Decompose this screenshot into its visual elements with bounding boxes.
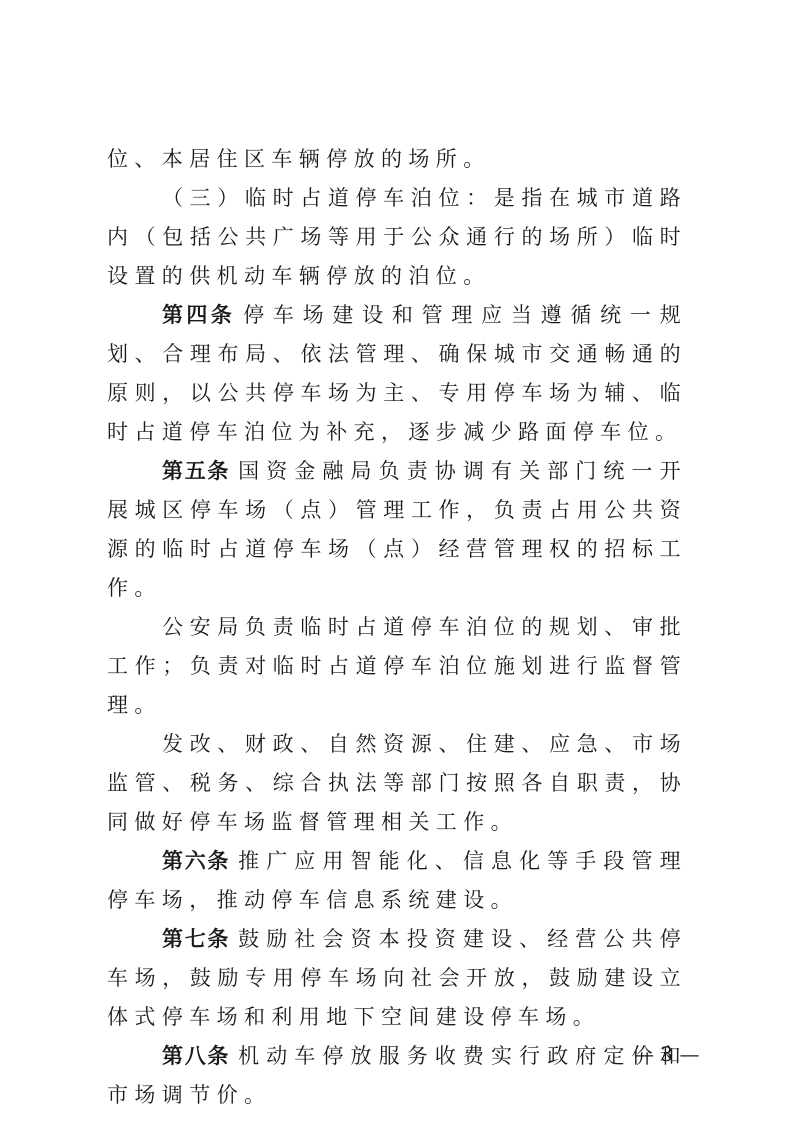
article-heading: 第七条 (162, 927, 230, 951)
paragraph-article-6: 第六条推广应用智能化、信息化等手段管理停车场，推动停车信息系统建设。 (107, 842, 687, 920)
article-heading: 第五条 (162, 459, 230, 483)
paragraph-article-4: 第四条停车场建设和管理应当遵循统一规划、合理布局、依法管理、确保城市交通畅通的原… (107, 296, 687, 452)
paragraph-public-security: 公安局负责临时占道停车泊位的规划、审批工作；负责对临时占道停车泊位施划进行监督管… (107, 608, 687, 725)
article-heading: 第八条 (162, 1044, 230, 1068)
article-heading: 第四条 (162, 303, 235, 327)
article-heading: 第六条 (162, 849, 230, 873)
paragraph-continuation: 位、本居住区车辆停放的场所。 (107, 140, 687, 179)
document-page: 位、本居住区车辆停放的场所。 （三）临时占道停车泊位：是指在城市道路内（包括公共… (107, 140, 687, 1115)
paragraph-text: 位、本居住区车辆停放的场所。 (107, 147, 491, 171)
paragraph-article-5: 第五条国资金融局负责协调有关部门统一开展城区停车场（点）管理工作，负责占用公共资… (107, 452, 687, 608)
paragraph-text: 公安局负责临时占道停车泊位的规划、审批工作；负责对临时占道停车泊位施划进行监督管… (107, 615, 687, 717)
paragraph-text: （三）临时占道停车泊位：是指在城市道路内（包括公共广场等用于公众通行的场所）临时… (107, 186, 687, 288)
paragraph-text: 发改、财政、自然资源、住建、应急、市场监管、税务、综合执法等部门按照各自职责，协… (107, 732, 687, 834)
paragraph-article-7: 第七条鼓励社会资本投资建设、经营公共停车场，鼓励专用停车场向社会开放，鼓励建设立… (107, 920, 687, 1037)
paragraph-article-8: 第八条机动车停放服务收费实行政府定价和市场调节价。 (107, 1037, 687, 1115)
paragraph-definition-3: （三）临时占道停车泊位：是指在城市道路内（包括公共广场等用于公众通行的场所）临时… (107, 179, 687, 296)
paragraph-departments: 发改、财政、自然资源、住建、应急、市场监管、税务、综合执法等部门按照各自职责，协… (107, 725, 687, 842)
page-number: — 3 — (634, 1042, 699, 1066)
